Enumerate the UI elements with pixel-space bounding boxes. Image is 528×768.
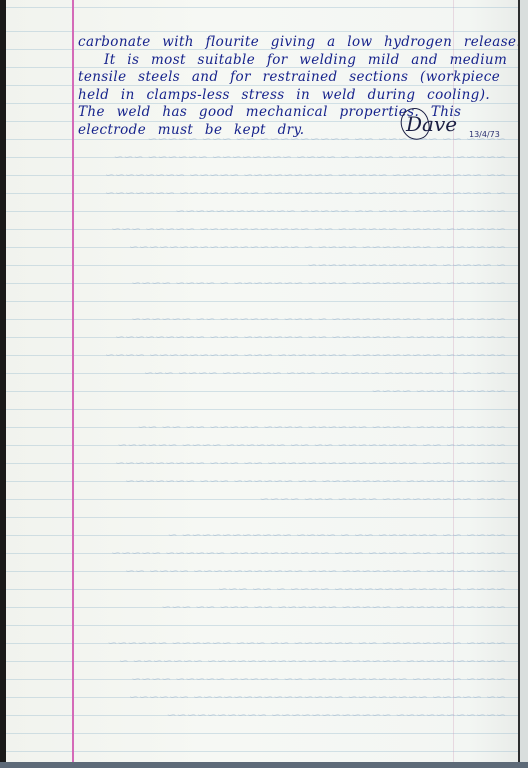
text-line: tensile steels and for restrained sectio… (78, 69, 518, 87)
text-line: It is most suitable for welding mild and… (78, 52, 518, 70)
text-line: carbonate with flourite giving a low hyd… (78, 34, 518, 52)
page-strip (520, 0, 528, 762)
signature: Dave (406, 112, 457, 136)
bottom-edge (0, 762, 528, 768)
date: 13/4/73 (469, 130, 500, 139)
text-line: held in clamps-less stress in weld durin… (78, 87, 518, 105)
notebook-page: ~~~~ ~~ ~~~~~~ ~~ ~~~~~~~~~ ~~ ~~~ ~~~~~… (6, 0, 520, 762)
bleed-through-text: ~~~~ ~~ ~~~~~~ ~~ ~~~~~~~~~ ~~ ~~~ ~~~~~… (26, 130, 506, 730)
